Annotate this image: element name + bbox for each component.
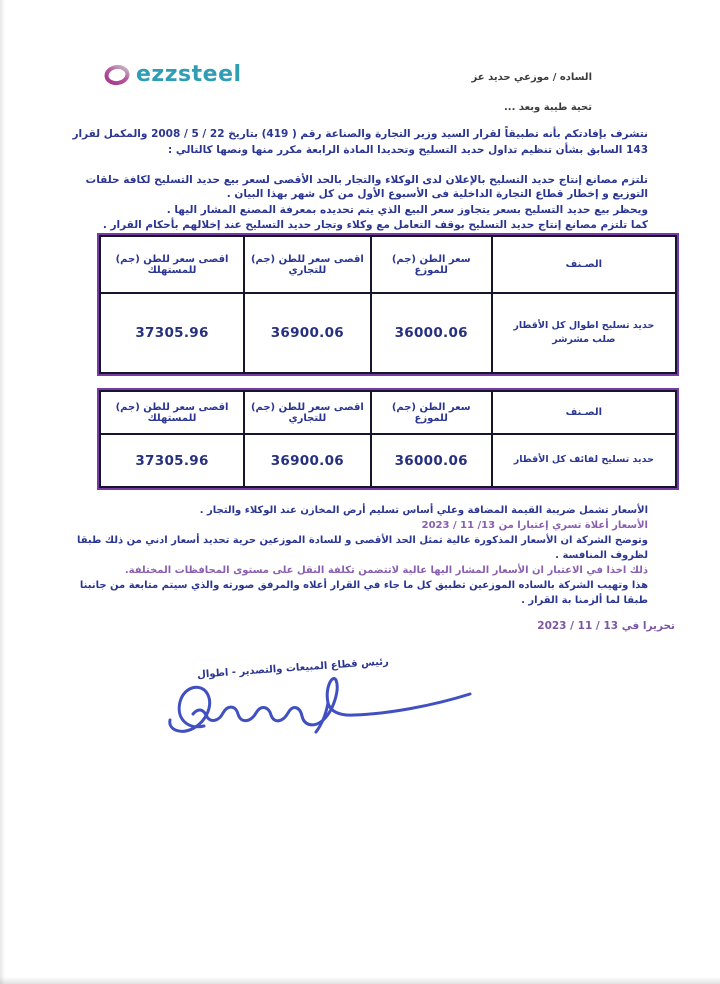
scanned-letter-page: ezzsteel الساده / موزعي حديد عز تحية طيب…	[0, 0, 720, 984]
note-effective-date: الأسعار أعلاة تسري إعتبارا من 13/ 11 / 2…	[68, 518, 648, 533]
table-header-row: الصـنف سعر الطن (جم) للموزع اقصى سعر للط…	[100, 236, 676, 293]
cell-category: حديد تسليح اطوال كل الأقطار صلب مشرشر	[492, 293, 676, 373]
written-date-line: تحريرا في 13 / 11 / 2023	[537, 620, 675, 632]
category-line-2: صلب مشرشر	[495, 333, 673, 347]
col-header-trade-max-price: اقصى سعر للطن (جم) للتجاري	[244, 236, 371, 293]
price-table-rebar-coils: الصـنف سعر الطن (جم) للموزع اقصى سعر للط…	[97, 388, 679, 490]
col-header-distributor-price: سعر الطن (جم) للموزع	[371, 236, 492, 293]
col-header-category: الصـنف	[492, 236, 676, 293]
category-line-1: حديد تسليح اطوال كل الأقطار	[495, 319, 673, 333]
note-compliance-request: هذا وتهيب الشركة بالساده الموزعين تطبيق …	[68, 578, 648, 608]
clause-announce-prices: تلتزم مصانع إنتاج حديد التسليح بالإعلان …	[64, 173, 648, 202]
cell-consumer-max-price: 37305.96	[100, 293, 244, 373]
ezzsteel-logo: ezzsteel	[103, 62, 242, 87]
cell-category: حديد تسليح لفائف كل الأقطار	[492, 434, 676, 487]
price-table-rebar-lengths: الصـنف سعر الطن (جم) للموزع اقصى سعر للط…	[97, 233, 679, 376]
cell-distributor-price: 36000.06	[371, 293, 492, 373]
col-header-distributor-price: سعر الطن (جم) للموزع	[371, 391, 492, 434]
col-header-consumer-max-price: اقصى سعر للطن (جم) للمستهلك	[100, 236, 244, 293]
category-line-1: حديد تسليح لفائف كل الأقطار	[495, 453, 673, 467]
handwritten-signature	[132, 666, 477, 756]
recipient-line: الساده / موزعي حديد عز	[472, 72, 592, 83]
intro-paragraph: نتشرف بإفادتكم بأنه تطبيقاً لقرار السيد …	[68, 126, 648, 159]
note-max-price-freedom: وتوضح الشركة ان الأسعار المذكورة عالية ت…	[68, 533, 648, 563]
clause-dealing-suspension: كما تلتزم مصانع إنتاج حديد التسليح بوقف …	[64, 218, 648, 232]
table-row: حديد تسليح لفائف كل الأقطار 36000.06 369…	[100, 434, 676, 487]
price-table: الصـنف سعر الطن (جم) للموزع اقصى سعر للط…	[99, 235, 677, 374]
cell-distributor-price: 36000.06	[371, 434, 492, 487]
note-transport-cost-excluded: ذلك اخذا في الاعتبار ان الأسعار المشار ا…	[68, 563, 648, 578]
price-table: الصـنف سعر الطن (جم) للموزع اقصى سعر للط…	[99, 390, 677, 488]
footnotes: الأسعار تشمل ضريبة القيمة المضافة وعلي أ…	[68, 503, 648, 608]
col-header-category: الصـنف	[492, 391, 676, 434]
col-header-trade-max-price: اقصى سعر للطن (جم) للتجاري	[244, 391, 371, 434]
clause-sale-price-ban: ويحظر بيع حديد التسليح بسعر يتجاوز سعر ا…	[64, 203, 648, 217]
ezzsteel-logo-text: ezzsteel	[136, 62, 242, 87]
col-header-consumer-max-price: اقصى سعر للطن (جم) للمستهلك	[100, 391, 244, 434]
note-vat-included: الأسعار تشمل ضريبة القيمة المضافة وعلي أ…	[68, 503, 648, 518]
scan-edge-shadow-bottom	[0, 977, 720, 984]
scan-edge-shadow-left	[0, 0, 5, 984]
ezzsteel-ring-icon	[103, 63, 131, 87]
cell-trade-max-price: 36900.06	[244, 293, 371, 373]
table-header-row: الصـنف سعر الطن (جم) للموزع اقصى سعر للط…	[100, 391, 676, 434]
decree-clauses: تلتزم مصانع إنتاج حديد التسليح بالإعلان …	[64, 173, 648, 234]
table-row: حديد تسليح اطوال كل الأقطار صلب مشرشر 36…	[100, 293, 676, 373]
cell-trade-max-price: 36900.06	[244, 434, 371, 487]
cell-consumer-max-price: 37305.96	[100, 434, 244, 487]
greeting-line: تحية طيبة وبعد ...	[504, 102, 592, 113]
